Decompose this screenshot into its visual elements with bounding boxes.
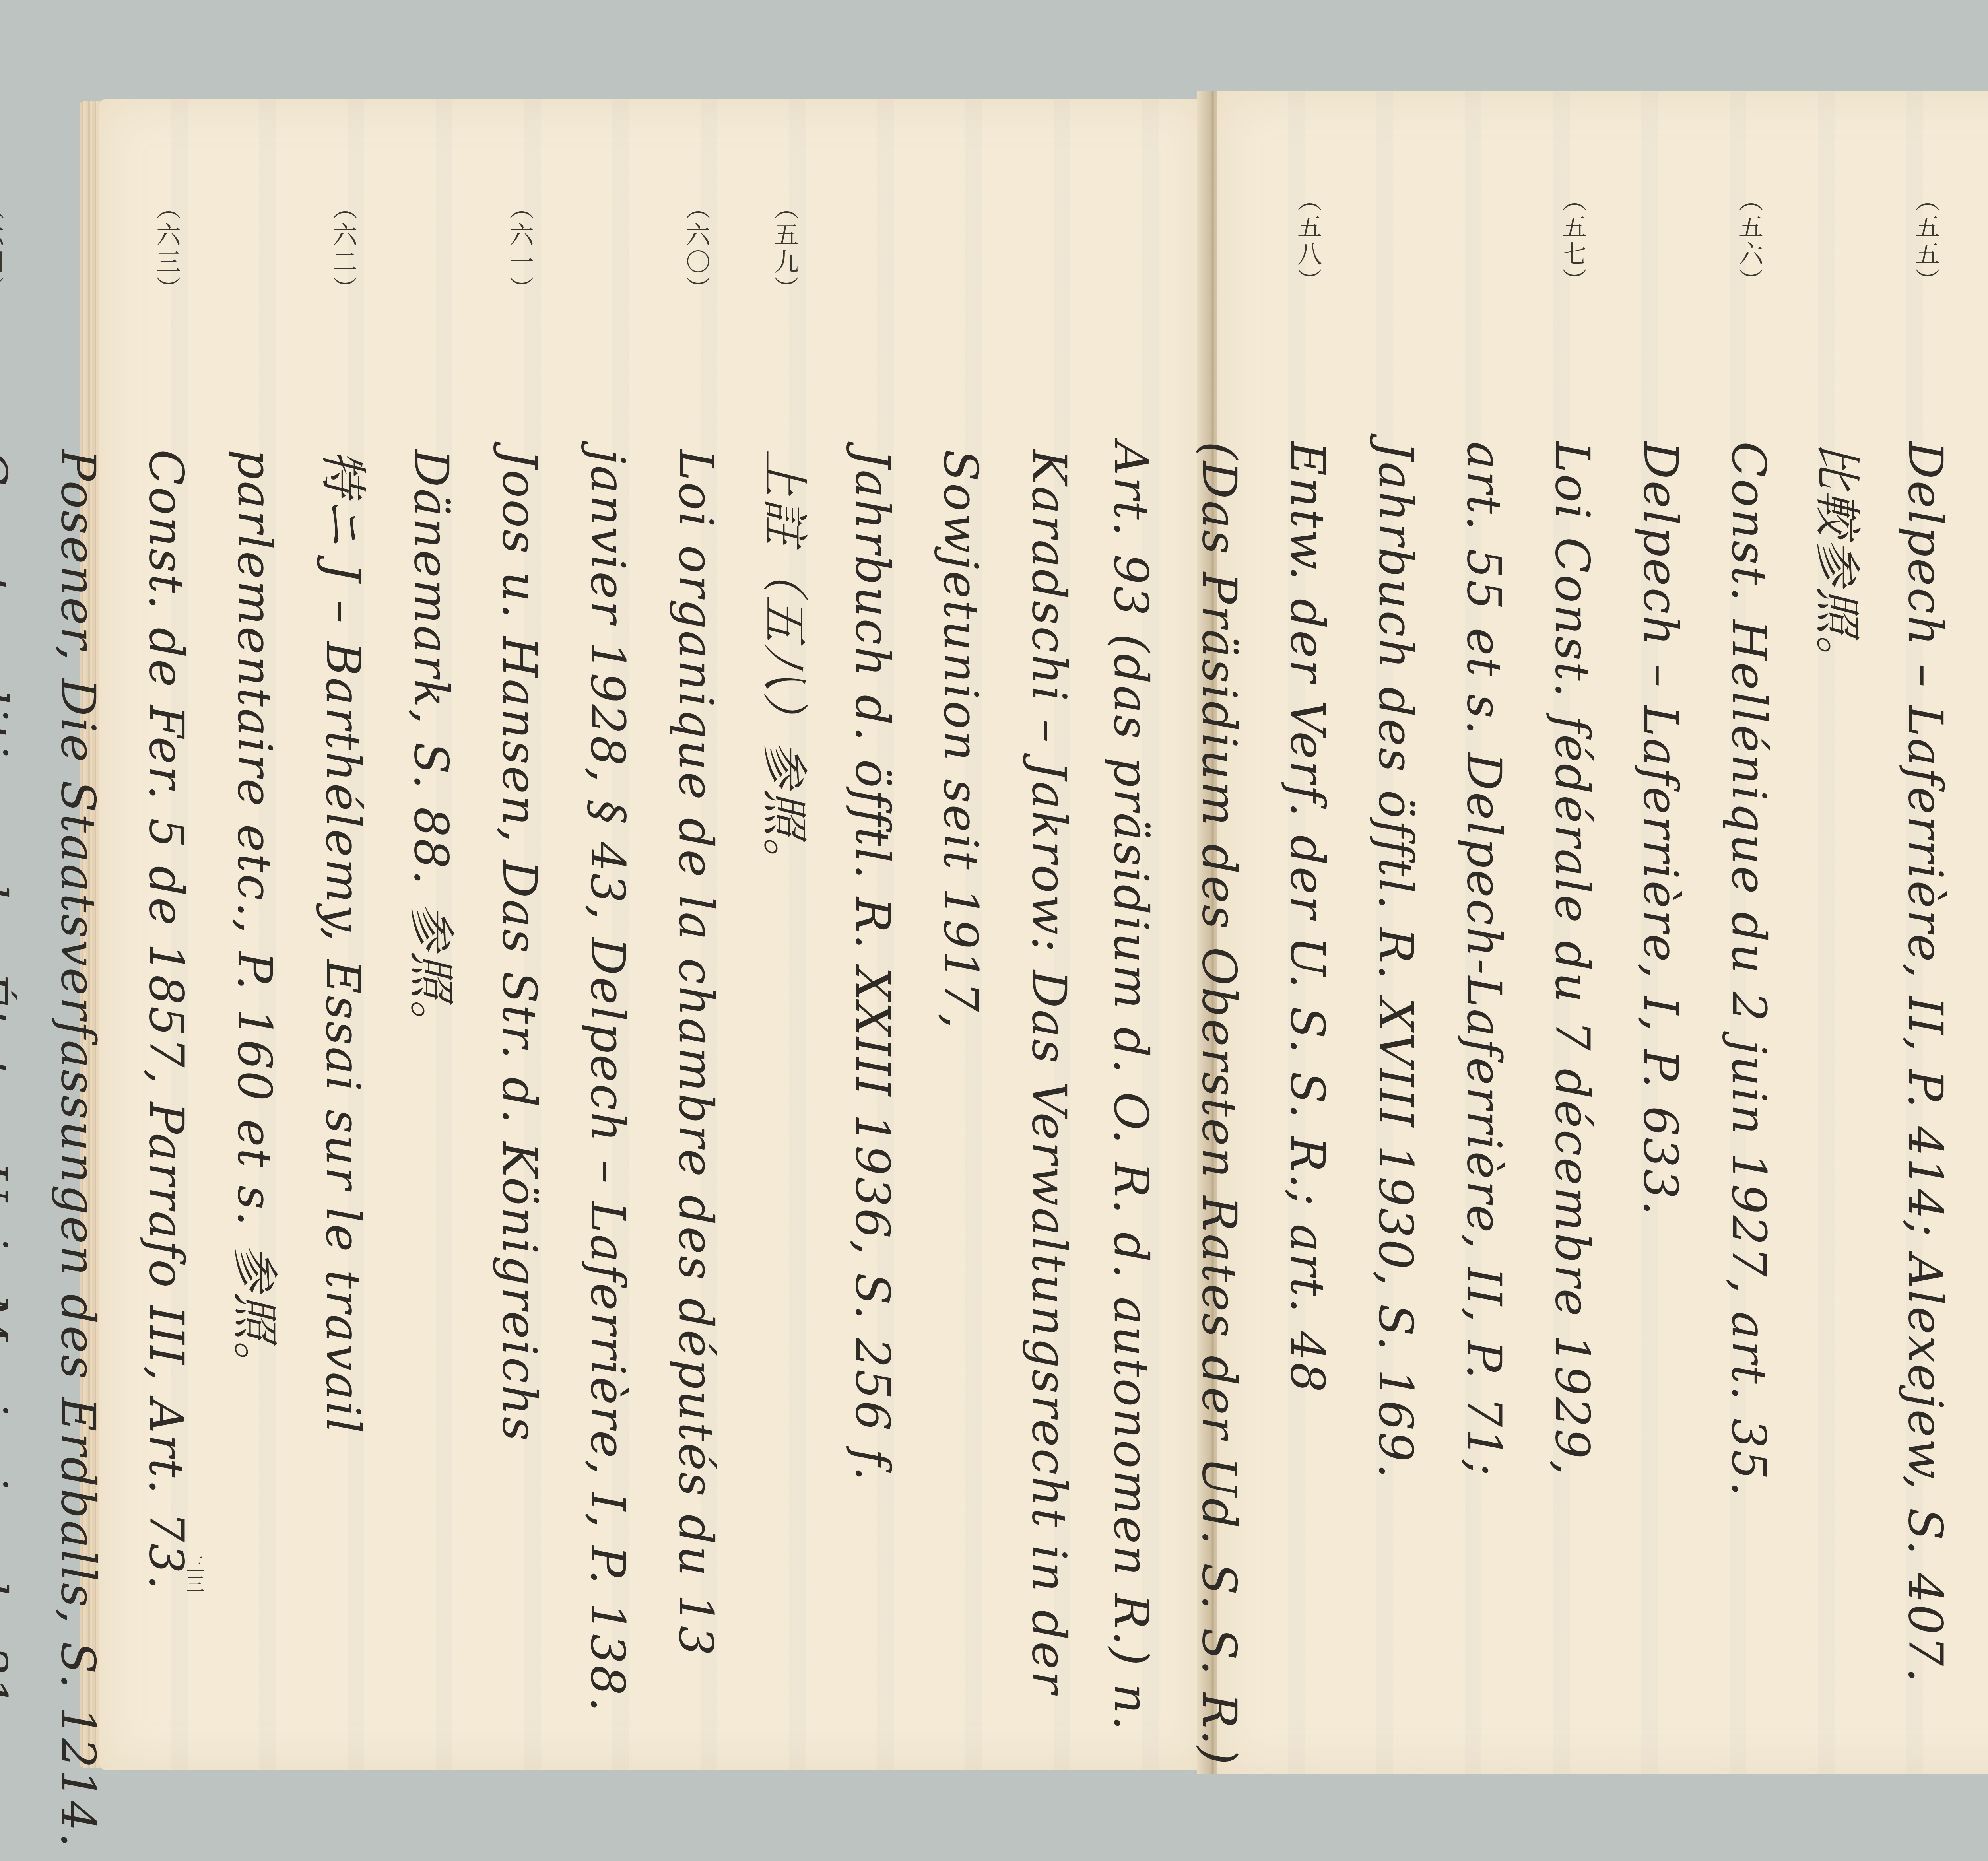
text-column: （六三）Const. de Fer. 5 de 1857, Parrafo II… xyxy=(122,449,211,1610)
note-number: （六一） xyxy=(502,195,538,303)
text-column: 比較参照。 xyxy=(1793,441,1881,1614)
text-column: Dänemark, S. 88. 参照。 xyxy=(387,449,476,1610)
note-number: （五九） xyxy=(767,195,802,303)
text-line: Delpech – Laferrière, I, P. 633. xyxy=(1617,441,1705,1217)
text-column: （五六）Const. Hellénique du 2 juin 1927, ar… xyxy=(1705,441,1793,1614)
right-page-text-area: Laferrière, II, P. 409; N. N. Alexejew, … xyxy=(1332,441,1988,1614)
text-column: （五八）Entw. der Verf. der U. S. S. R.; art… xyxy=(1264,441,1352,1614)
text-column: art. 55 et s. Delpech-Laferrière, II, P.… xyxy=(1440,441,1528,1614)
text-column: （五七）Loi Const. fédérale du 7 décembre 19… xyxy=(1528,441,1617,1614)
text-column: janvier 1928, § 43, Delpech – Laferrière… xyxy=(564,449,652,1610)
note-number: （五五） xyxy=(1908,187,1943,295)
text-column: Delpech – Laferrière, I, P. 633. xyxy=(1617,441,1705,1614)
text-column: Sowjetunion seit 1917, xyxy=(917,449,1005,1610)
text-line: Karadschi – Jakrow: Das Verwaltungsrecht… xyxy=(1005,449,1093,1695)
text-line: janvier 1928, § 43, Delpech – Laferrière… xyxy=(564,449,652,1713)
right-page: Laferrière, II, P. 409; N. N. Alexejew, … xyxy=(1217,91,1988,1774)
text-column: Jahrbuch des öfftl. R. XVIII 1930, S. 16… xyxy=(1352,441,1440,1614)
text-line: Jahrbuch des öfftl. R. XVIII 1930, S. 16… xyxy=(1352,441,1440,1480)
text-column: （六四）Const. politique des États – Unis Me… xyxy=(0,449,34,1610)
text-column: Art. 93 (das präsidium d. O. R. d. auton… xyxy=(1087,441,1175,1614)
text-line: Posener, Die Staatsverfassungen des Erdb… xyxy=(34,449,122,1849)
text-line: Const. politique des États – Unis Mexica… xyxy=(0,449,34,1708)
text-column: Posener, Die Staatsverfassungen des Erdb… xyxy=(34,449,122,1610)
left-page: Karadschi – Jakrow: Das Verwaltungsrecht… xyxy=(99,99,1205,1770)
text-column: (Das Präsidium des Obersten Rates der Ud… xyxy=(1175,441,1264,1614)
text-column: （五五）Delpech – Laferrière, II, P. 414; Al… xyxy=(1881,441,1970,1614)
text-column: Karadschi – Jakrow: Das Verwaltungsrecht… xyxy=(1005,449,1093,1610)
text-line: art. 55 et s. Delpech-Laferrière, II, P.… xyxy=(1440,441,1528,1477)
text-line: 特ニ J – Barthélemy, Essai sur le travail xyxy=(299,449,387,1435)
text-line: Const. Hellénique du 2 juin 1927, art. 3… xyxy=(1705,441,1793,1498)
text-line: Loi organique de la chambre des députés … xyxy=(652,449,740,1657)
text-column: （五九）上註（五八）参照。 xyxy=(740,449,829,1610)
text-column: （六〇）Loi organique de la chambre des dépu… xyxy=(652,449,740,1610)
text-line: Delpech – Laferrière, II, P. 414; Alexej… xyxy=(1881,441,1970,1684)
text-column: （六一）Joos u. Hansen, Das Str. d. Königrei… xyxy=(476,449,564,1610)
text-line: 上註（五八）参照。 xyxy=(740,449,829,886)
note-number: （五六） xyxy=(1732,187,1767,295)
text-line: 比較参照。 xyxy=(1793,441,1881,684)
text-column: Jahrbuch d. öfftl. R. XXIII 1936, S. 256… xyxy=(829,449,917,1610)
text-line: Sowjetunion seit 1917, xyxy=(917,449,1005,1030)
text-line: Joos u. Hansen, Das Str. d. Königreichs xyxy=(476,449,564,1442)
text-line: parlementaire etc., P. 160 et s. 参照。 xyxy=(211,449,299,1389)
note-number: （六三） xyxy=(149,195,184,303)
text-column: parlementaire etc., P. 160 et s. 参照。 xyxy=(211,449,299,1610)
note-number: （六四） xyxy=(0,195,8,303)
text-column: R. XII, S. 405 比較。 xyxy=(1970,441,1988,1614)
text-line: Loi Const. fédérale du 7 décembre 1929, xyxy=(1528,441,1617,1477)
text-line: Art. 93 (das präsidium d. O. R. d. auton… xyxy=(1087,441,1175,1732)
text-line: Const. de Fer. 5 de 1857, Parrafo III, A… xyxy=(122,449,211,1591)
text-line: Jahrbuch d. öfftl. R. XXIII 1936, S. 256… xyxy=(829,449,917,1482)
note-number: （六二） xyxy=(326,195,361,303)
text-line: Entw. der Verf. der U. S. S. R.; art. 48 xyxy=(1264,441,1352,1394)
note-number: （六〇） xyxy=(679,195,714,303)
text-line: Dänemark, S. 88. 参照。 xyxy=(387,449,476,1049)
note-number: （五七） xyxy=(1555,187,1590,295)
text-line: R. XII, S. 405 比較。 xyxy=(1970,441,1988,941)
page-number: 三三 xyxy=(181,1555,207,1595)
text-line: (Das Präsidium des Obersten Rates der Ud… xyxy=(1175,441,1264,1766)
text-column: （六二）特ニ J – Barthélemy, Essai sur le trav… xyxy=(299,449,387,1610)
left-page-text-area: Karadschi – Jakrow: Das Verwaltungsrecht… xyxy=(183,449,1093,1610)
note-number: （五八） xyxy=(1290,187,1326,295)
